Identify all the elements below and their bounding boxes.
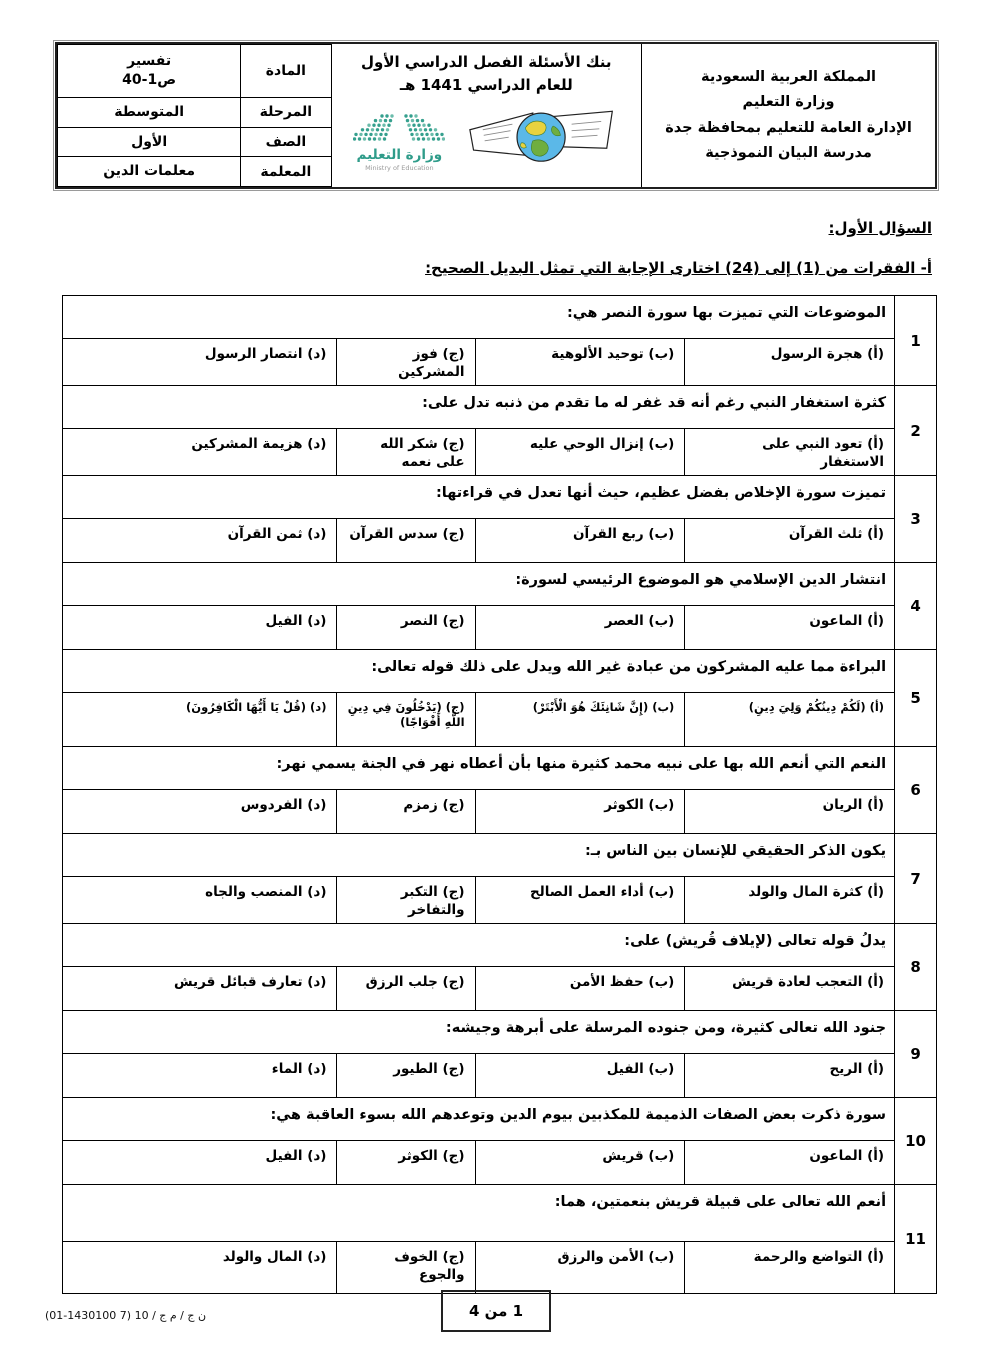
question-number: 2 <box>895 386 937 476</box>
option-b: (ب) توحيد الألوهية <box>475 339 685 386</box>
option-d: (د) ثمن القرآن <box>63 519 337 563</box>
option-c: (ج) شكر الله على نعمه <box>337 429 475 476</box>
question-text: يكون الذكر الحقيقي للإنسان بين الناس بـ: <box>63 834 895 877</box>
option-d: (د) الفيل <box>63 606 337 650</box>
question-text: يدلُ قوله تعالى (لإيلاف قُريش) على: <box>63 924 895 967</box>
question-number: 11 <box>895 1185 937 1294</box>
questions-table: 1الموضوعات التي تميزت بها سورة النصر هي:… <box>62 295 937 1294</box>
ministry-logo-english: Ministry of Education <box>351 165 447 172</box>
option-b: (ب) الفيل <box>475 1054 685 1098</box>
option-d: (د) (قُلْ يَا أَيُّهَا الْكَافِرُونَ) <box>63 693 337 747</box>
ministry-logo-arabic: وزارة التعليم <box>351 149 447 163</box>
question-text-row: 6النعم التي أنعم الله بها على نبيه محمد … <box>63 747 937 790</box>
exam-title: بنك الأسئلة الفصل الدراسي الأول للعام ال… <box>332 44 642 98</box>
question-text: انتشار الدين الإسلامي هو الموضوع الرئيسي… <box>63 563 895 606</box>
info-label-stage: المرحلة <box>241 98 331 128</box>
exam-info-table: المادة تفسير ص1-40 المرحلة المتوسطة الصف… <box>57 44 332 187</box>
option-c: (ج) زمزم <box>337 790 475 834</box>
question-number: 3 <box>895 476 937 563</box>
question-number: 10 <box>895 1098 937 1185</box>
question-number: 7 <box>895 834 937 924</box>
option-d: (د) المنصب والجاه <box>63 877 337 924</box>
option-a: (أ) كثرة المال والولد <box>685 877 895 924</box>
question-text-row: 10سورة ذكرت بعض الصفات الذميمة للمكذبين … <box>63 1098 937 1141</box>
option-d: (د) الفردوس <box>63 790 337 834</box>
question-text-row: 4انتشار الدين الإسلامي هو الموضوع الرئيس… <box>63 563 937 606</box>
option-c: (ج) جلب الرزق <box>337 967 475 1011</box>
option-d: (د) الفيل <box>63 1141 337 1185</box>
info-value-subject: تفسير ص1-40 <box>58 45 241 98</box>
option-c: (ج) الخوف والجوع <box>337 1242 475 1294</box>
option-c: (ج) الكوثر <box>337 1141 475 1185</box>
option-c: (ج) التكبر والتفاخر <box>337 877 475 924</box>
option-b: (ب) (إِنَّ شَانِئَكَ هُوَ الْأَبْتَرْ) <box>475 693 685 747</box>
header-box: المملكة العربية السعودية وزارة التعليم ا… <box>55 42 937 189</box>
question-options-row: (أ) ثلث القرآن(ب) ربع القرآن(ج) سدس القر… <box>63 519 937 563</box>
question-text: تميزت سورة الإخلاص بفضل عظيم، حيث أنها ت… <box>63 476 895 519</box>
question-text: النعم التي أنعم الله بها على نبيه محمد ك… <box>63 747 895 790</box>
question-options-row: (أ) التواضع والرحمة(ب) الأمن والرزق(ج) ا… <box>63 1242 937 1294</box>
question-text-row: 1الموضوعات التي تميزت بها سورة النصر هي: <box>63 296 937 339</box>
info-row-teacher: المعلمة معلمات الدين <box>58 157 332 187</box>
option-a: (أ) تعود النبي على الاستغفار <box>685 429 895 476</box>
question-text: سورة ذكرت بعض الصفات الذميمة للمكذبين بي… <box>63 1098 895 1141</box>
document-code: ن ج / م ج / 10 (7 1430100-01) <box>45 1309 206 1322</box>
option-d: (د) تعارف قبائل قريش <box>63 967 337 1011</box>
section-instruction: أ- الفقرات من (1) إلى (24) اختارى الإجاب… <box>425 259 932 277</box>
question-text-row: 3تميزت سورة الإخلاص بفضل عظيم، حيث أنها … <box>63 476 937 519</box>
option-a: (أ) التعجب لعادة قريش <box>685 967 895 1011</box>
question-number: 6 <box>895 747 937 834</box>
option-d: (د) المال والولد <box>63 1242 337 1294</box>
question-text: البراءة مما عليه المشركون من عبادة غير ا… <box>63 650 895 693</box>
question-text-row: 7يكون الذكر الحقيقي للإنسان بين الناس بـ… <box>63 834 937 877</box>
option-c: (ج) فوز المشركين <box>337 339 475 386</box>
question-options-row: (أ) الماعون(ب) قريش(ج) الكوثر(د) الفيل <box>63 1141 937 1185</box>
exam-title-line1: بنك الأسئلة الفصل الدراسي الأول <box>332 51 642 74</box>
question-text-row: 9جنود الله تعالى كثيرة، ومن جنوده المرسل… <box>63 1011 937 1054</box>
question-options-row: (أ) (لَكُمْ دِينُكُمْ وَلِيَ دِينِ)(ب) (… <box>63 693 937 747</box>
option-a: (أ) الماعون <box>685 606 895 650</box>
kingdom-line-country: المملكة العربية السعودية <box>642 65 935 90</box>
info-label-grade: الصف <box>241 127 331 157</box>
section-title: السؤال الأول: <box>829 219 932 237</box>
info-value-grade: الأول <box>58 127 241 157</box>
option-c: (ج) الطيور <box>337 1054 475 1098</box>
question-options-row: (أ) كثرة المال والولد(ب) أداء العمل الصا… <box>63 877 937 924</box>
option-b: (ب) أداء العمل الصالح <box>475 877 685 924</box>
question-number: 9 <box>895 1011 937 1098</box>
question-options-row: (أ) التعجب لعادة قريش(ب) حفظ الأمن(ج) جل… <box>63 967 937 1011</box>
question-text: أنعم الله تعالى على قبيلة قريش بنعمتين، … <box>63 1185 895 1242</box>
exam-title-line2: للعام الدراسي 1441 هـ <box>332 74 642 97</box>
question-options-row: (أ) تعود النبي على الاستغفار(ب) إنزال ال… <box>63 429 937 476</box>
option-b: (ب) العصر <box>475 606 685 650</box>
option-a: (أ) الريان <box>685 790 895 834</box>
header-center: بنك الأسئلة الفصل الدراسي الأول للعام ال… <box>332 44 642 187</box>
option-c: (ج) النصر <box>337 606 475 650</box>
info-row-subject: المادة تفسير ص1-40 <box>58 45 332 98</box>
option-d: (د) انتصار الرسول <box>63 339 337 386</box>
option-c: (ج) سدس القرآن <box>337 519 475 563</box>
kingdom-header: المملكة العربية السعودية وزارة التعليم ا… <box>641 44 935 187</box>
option-b: (ب) الأمن والرزق <box>475 1242 685 1294</box>
option-a: (أ) الماعون <box>685 1141 895 1185</box>
option-a: (أ) ثلث القرآن <box>685 519 895 563</box>
question-text: الموضوعات التي تميزت بها سورة النصر هي: <box>63 296 895 339</box>
question-text-row: 11أنعم الله تعالى على قبيلة قريش بنعمتين… <box>63 1185 937 1242</box>
page-number-box: 1 من 4 <box>441 1290 551 1332</box>
question-number: 5 <box>895 650 937 747</box>
question-options-row: (أ) الريح(ب) الفيل(ج) الطيور(د) الماء <box>63 1054 937 1098</box>
question-text: كثرة استغفار النبي رغم أنه قد غفر له ما … <box>63 386 895 429</box>
option-a: (أ) الريح <box>685 1054 895 1098</box>
question-number: 1 <box>895 296 937 386</box>
option-b: (ب) قريش <box>475 1141 685 1185</box>
question-text: جنود الله تعالى كثيرة، ومن جنوده المرسلة… <box>63 1011 895 1054</box>
question-text-row: 2كثرة استغفار النبي رغم أنه قد غفر له ما… <box>63 386 937 429</box>
kingdom-line-administration: الإدارة العامة للتعليم بمحافظة جدة <box>642 116 935 141</box>
question-number: 4 <box>895 563 937 650</box>
kingdom-line-ministry: وزارة التعليم <box>642 90 935 115</box>
school-logo-icon <box>463 102 621 180</box>
option-b: (ب) ربع القرآن <box>475 519 685 563</box>
kingdom-line-school: مدرسة البيان النموذجية <box>642 141 935 166</box>
info-value-teacher: معلمات الدين <box>58 157 241 187</box>
option-b: (ب) الكوثر <box>475 790 685 834</box>
option-d: (د) هزيمة المشركين <box>63 429 337 476</box>
option-c: (ج) (يَدْخُلُونَ فِي دِينِ اللَّهِ أَفْو… <box>337 693 475 747</box>
info-label-teacher: المعلمة <box>241 157 331 187</box>
info-row-stage: المرحلة المتوسطة <box>58 98 332 128</box>
info-value-stage: المتوسطة <box>58 98 241 128</box>
exam-page: المملكة العربية السعودية وزارة التعليم ا… <box>0 0 992 1370</box>
question-number: 8 <box>895 924 937 1011</box>
option-a: (أ) التواضع والرحمة <box>685 1242 895 1294</box>
option-b: (ب) إنزال الوحي عليه <box>475 429 685 476</box>
option-b: (ب) حفظ الأمن <box>475 967 685 1011</box>
ministry-logo-icon: وزارة التعليم Ministry of Education <box>351 111 447 171</box>
question-text-row: 8يدلُ قوله تعالى (لإيلاف قُريش) على: <box>63 924 937 967</box>
option-d: (د) الماء <box>63 1054 337 1098</box>
question-options-row: (أ) الريان(ب) الكوثر(ج) زمزم(د) الفردوس <box>63 790 937 834</box>
info-row-grade: الصف الأول <box>58 127 332 157</box>
question-text-row: 5البراءة مما عليه المشركون من عبادة غير … <box>63 650 937 693</box>
question-options-row: (أ) الماعون(ب) العصر(ج) النصر(د) الفيل <box>63 606 937 650</box>
question-options-row: (أ) هجرة الرسول(ب) توحيد الألوهية(ج) فوز… <box>63 339 937 386</box>
option-a: (أ) (لَكُمْ دِينُكُمْ وَلِيَ دِينِ) <box>685 693 895 747</box>
option-a: (أ) هجرة الرسول <box>685 339 895 386</box>
header-logos: وزارة التعليم Ministry of Education <box>332 98 642 188</box>
info-label-subject: المادة <box>241 45 331 98</box>
